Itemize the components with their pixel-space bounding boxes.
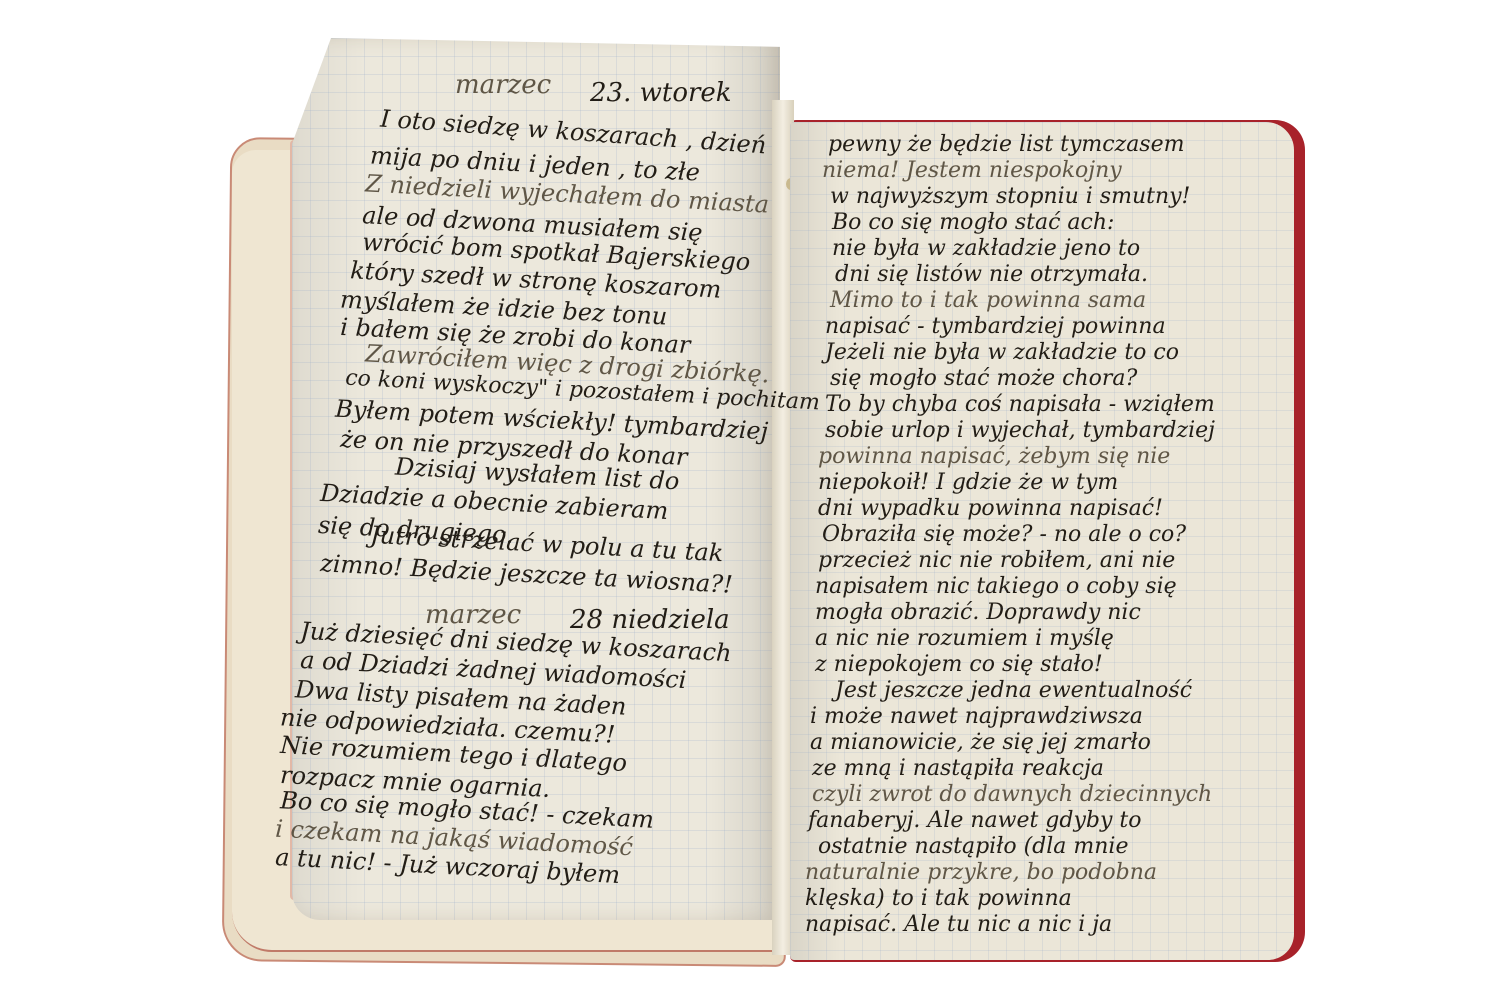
entry2-date: 28 niedziela [570, 605, 730, 635]
right-line: i może nawet najprawdziwsza [810, 704, 1143, 729]
entry1-date: 23. wtorek [590, 78, 732, 108]
right-line: Jeżeli nie była w zakładzie to co [825, 340, 1179, 365]
right-line: a mianowicie, że się jej zmarło [810, 730, 1151, 755]
right-line: Jest jeszcze jedna ewentualność [835, 678, 1192, 703]
right-line: dni wypadku powinna napisać! [818, 496, 1163, 521]
right-line: napisać. Ale tu nic a nic i ja [805, 912, 1112, 937]
right-line: ostatnie nastąpiło (dla mnie [818, 834, 1128, 859]
right-line: napisałem nic takiego o coby się [815, 574, 1177, 599]
right-line: powinna napisać, żebym się nie [818, 444, 1170, 469]
right-line: sobie urlop i wyjechał, tymbardziej [825, 418, 1215, 443]
right-line: z niepokojem co się stało! [815, 652, 1103, 677]
right-line: przecież nic nie robiłem, ani nie [818, 548, 1175, 573]
right-line: Bo co się mogło stać ach: [832, 210, 1114, 235]
notebook-photo: marzec 23. wtorek I oto siedzę w koszara… [0, 0, 1500, 1000]
right-line: Mimo to i tak powinna sama [830, 288, 1146, 313]
right-line: ze mną i nastąpiła reakcja [812, 756, 1104, 781]
right-line: nie była w zakładzie jeno to [832, 236, 1140, 261]
entry1-month: marzec [455, 70, 551, 100]
right-line: czyli zwrot do dawnych dziecinnych [812, 782, 1212, 807]
right-line: pewny że będzie list tymczasem [828, 132, 1184, 157]
right-line: To by chyba coś napisała - wziąłem [825, 392, 1215, 417]
right-line: niepokoił! I gdzie że w tym [818, 470, 1118, 495]
right-line: dni się listów nie otrzymała. [835, 262, 1148, 287]
right-line: klęska) to i tak powinna [805, 886, 1072, 911]
right-line: napisać - tymbardziej powinna [825, 314, 1166, 339]
right-line: naturalnie przykre, bo podobna [805, 860, 1157, 885]
right-line: fanaberyj. Ale nawet gdyby to [808, 808, 1142, 833]
right-line: Obraziła się może? - no ale o co? [822, 522, 1186, 547]
right-line: w najwyższym stopniu i smutny! [830, 184, 1190, 209]
right-line: niema! Jestem niespokojny [822, 158, 1122, 183]
right-line: a nic nie rozumiem i myślę [815, 626, 1114, 651]
right-line: mogła obrazić. Doprawdy nic [815, 600, 1141, 625]
right-line: się mogło stać może chora? [830, 366, 1137, 391]
